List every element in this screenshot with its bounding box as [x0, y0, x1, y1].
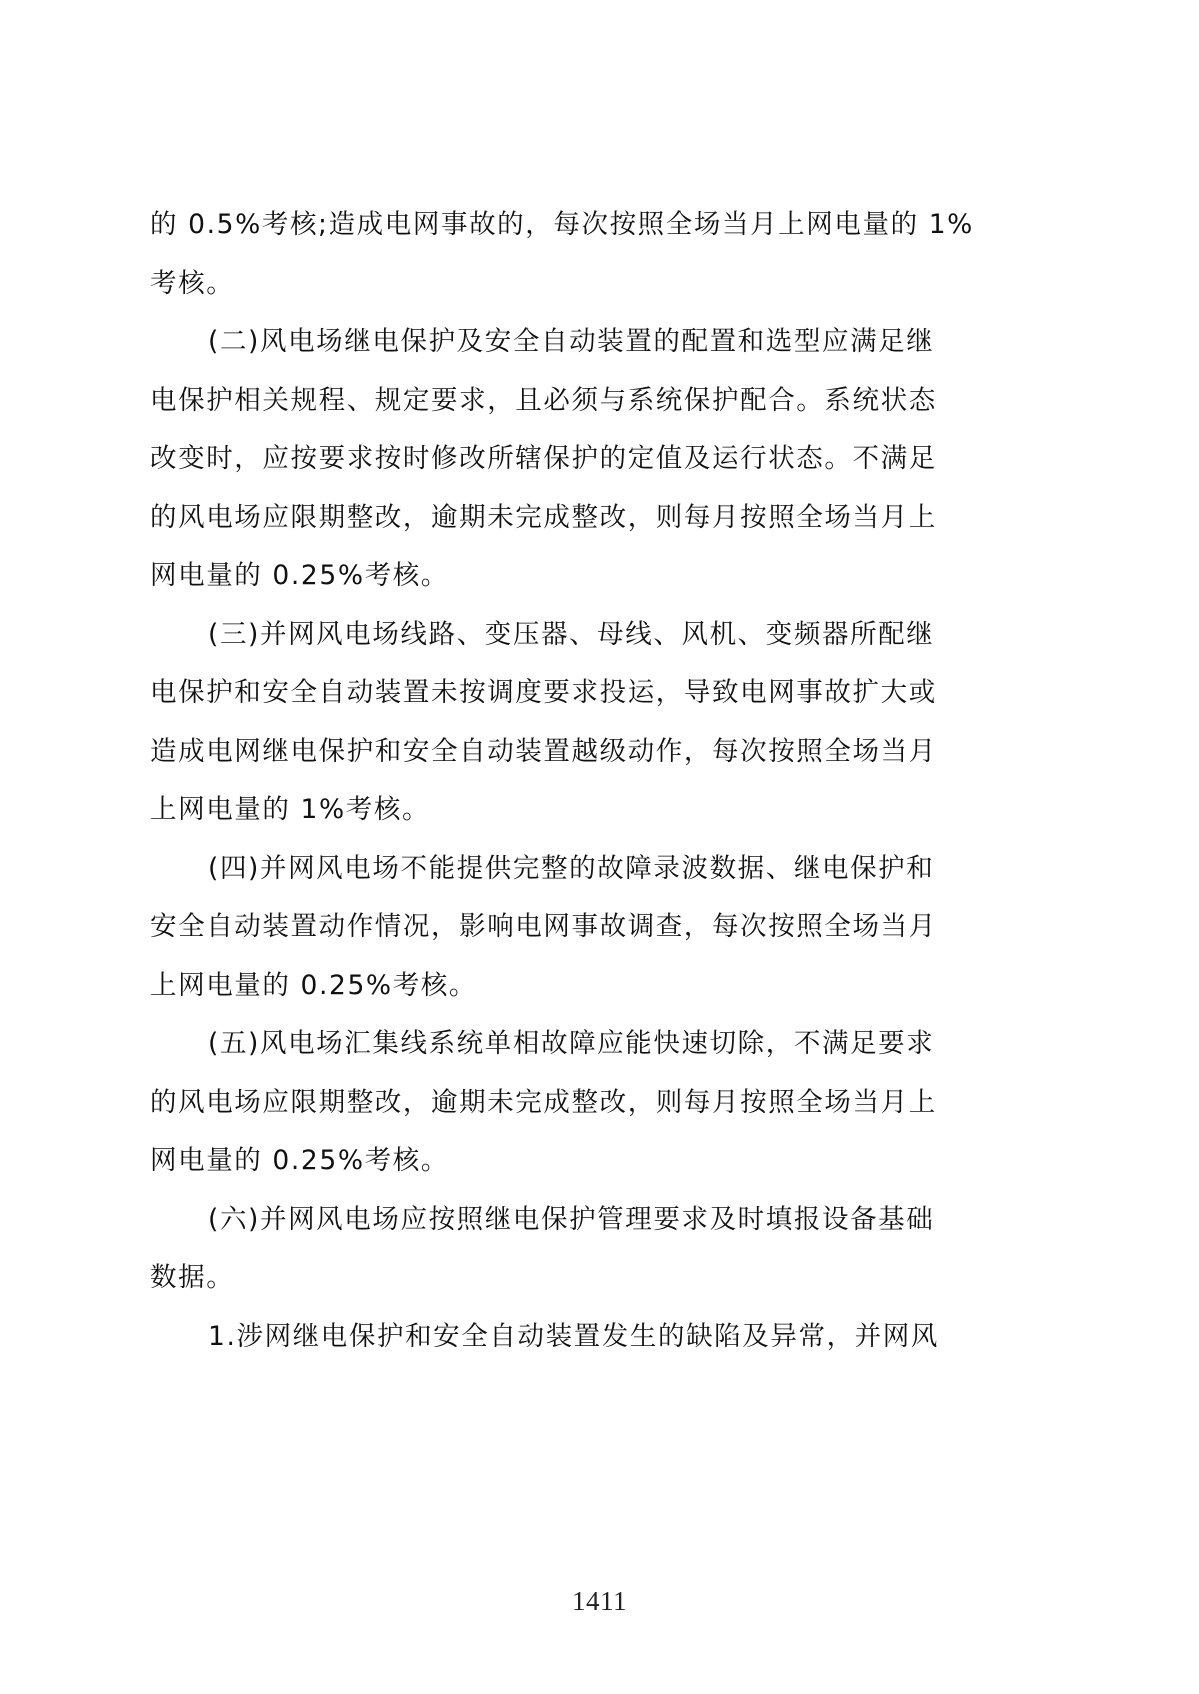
paragraph-item-3: (三)并网风电场线路、变压器、母线、风机、变频器所配继 电保护和安全自动装置未按…: [150, 606, 980, 840]
text-line: (六)并网风电场应按照继电保护管理要求及时填报设备基础: [150, 1191, 980, 1250]
text-line: 造成电网继电保护和安全自动装置越级动作，每次按照全场当月: [150, 723, 980, 782]
text-line: (三)并网风电场线路、变压器、母线、风机、变频器所配继: [150, 606, 980, 665]
document-body: 的 0.5%考核;造成电网事故的，每次按照全场当月上网电量的 1% 考核。 (二…: [150, 196, 980, 1366]
text-line: (五)风电场汇集线系统单相故障应能快速切除，不满足要求: [150, 1015, 980, 1074]
page-number: 1411: [0, 1586, 1199, 1617]
text-line: 上网电量的 0.25%考核。: [150, 957, 980, 1016]
text-line: 的风电场应限期整改，逾期未完成整改，则每月按照全场当月上: [150, 1074, 980, 1133]
text-line: 1.涉网继电保护和安全自动装置发生的缺陷及异常，并网风: [150, 1308, 980, 1367]
text-line: 网电量的 0.25%考核。: [150, 547, 980, 606]
text-line: 电保护相关规程、规定要求，且必须与系统保护配合。系统状态: [150, 372, 980, 431]
paragraph-item-5: (五)风电场汇集线系统单相故障应能快速切除，不满足要求 的风电场应限期整改，逾期…: [150, 1015, 980, 1191]
text-line: 上网电量的 1%考核。: [150, 781, 980, 840]
paragraph-item-4: (四)并网风电场不能提供完整的故障录波数据、继电保护和 安全自动装置动作情况，影…: [150, 840, 980, 1016]
paragraph-item-2: (二)风电场继电保护及安全自动装置的配置和选型应满足继 电保护相关规程、规定要求…: [150, 313, 980, 606]
text-line: 网电量的 0.25%考核。: [150, 1132, 980, 1191]
text-line: 考核。: [150, 255, 980, 314]
text-line: 改变时，应按要求按时修改所辖保护的定值及运行状态。不满足: [150, 430, 980, 489]
text-line: 的风电场应限期整改，逾期未完成整改，则每月按照全场当月上: [150, 489, 980, 548]
text-line: 数据。: [150, 1249, 980, 1308]
paragraph-item-6: (六)并网风电场应按照继电保护管理要求及时填报设备基础 数据。: [150, 1191, 980, 1308]
text-line: 安全自动装置动作情况，影响电网事故调查，每次按照全场当月: [150, 898, 980, 957]
text-line: (四)并网风电场不能提供完整的故障录波数据、继电保护和: [150, 840, 980, 899]
text-line: (二)风电场继电保护及安全自动装置的配置和选型应满足继: [150, 313, 980, 372]
paragraph-continuation: 的 0.5%考核;造成电网事故的，每次按照全场当月上网电量的 1% 考核。: [150, 196, 980, 313]
text-line: 的 0.5%考核;造成电网事故的，每次按照全场当月上网电量的 1%: [150, 196, 980, 255]
paragraph-subitem-1: 1.涉网继电保护和安全自动装置发生的缺陷及异常，并网风: [150, 1308, 980, 1367]
text-line: 电保护和安全自动装置未按调度要求投运，导致电网事故扩大或: [150, 664, 980, 723]
